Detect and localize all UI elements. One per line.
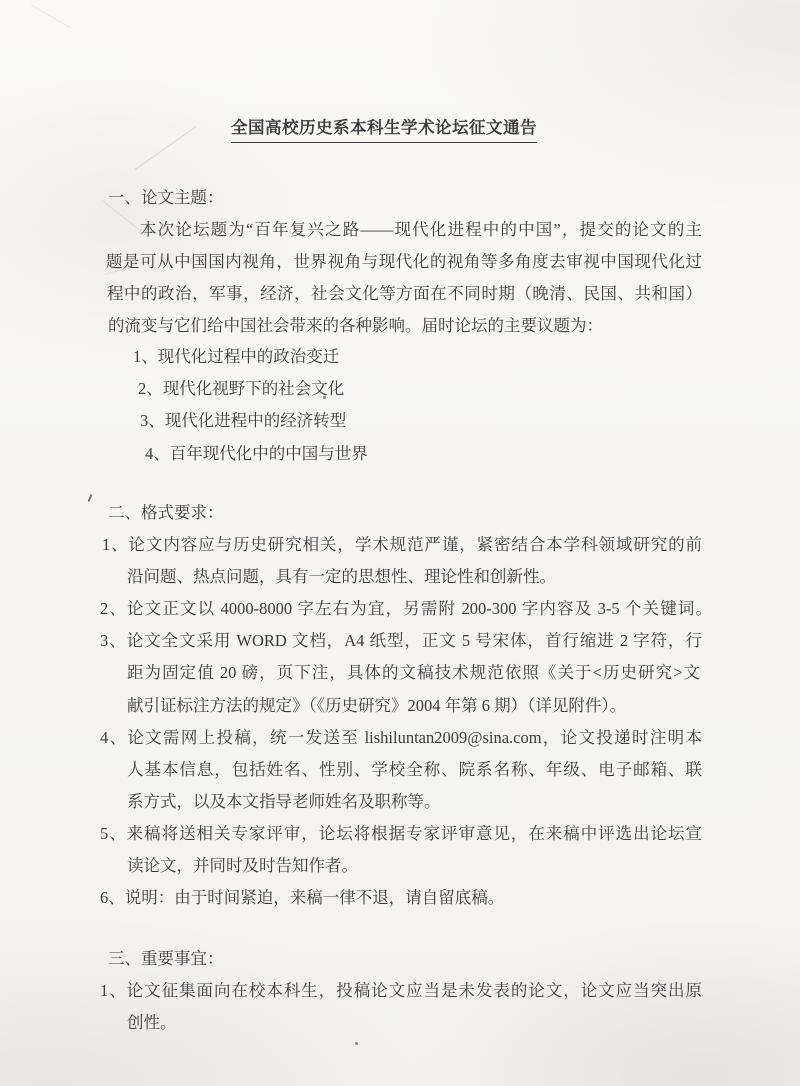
topic-list-item: 4、百年现代化中的中国与世界 <box>145 443 368 465</box>
paper-crease <box>134 127 195 170</box>
scanned-document-page: 全国高校历史系本科生学术论坛征文通告 一、论文主题： 本次论坛题为“百年复兴之路… <box>0 0 800 1086</box>
paragraph-line: 本次论坛题为“百年复兴之路——现代化进程中的中国”，提交的论文的主 <box>140 219 702 241</box>
pen-tick-mark <box>88 494 93 502</box>
paragraph-line: 程中的政治，军事，经济，社会文化等方面在不同时期（晚清、民国、共和国） <box>107 283 702 305</box>
numbered-item-line: 1、论文征集面向在校本科生，投稿论文应当是未发表的论文，论文应当突出原 <box>100 980 702 1002</box>
section-1-heading: 一、论文主题： <box>108 187 224 209</box>
paper-crease <box>31 5 71 29</box>
numbered-item-line: 1、论文内容应与历史研究相关，学术规范严谨，紧密结合本学科领域研究的前 <box>102 534 702 556</box>
paragraph-line: 题是可从中国国内视角，世界视角与现代化的视角等多角度去审视中国现代化过 <box>106 251 702 273</box>
numbered-item-line email-line: 4、论文需网上投稿，统一发送至 lishiluntan2009@sina.com… <box>100 727 702 749</box>
numbered-item-line: 6、说明：由于时间紧迫，来稿一律不退，请自留底稿。 <box>100 887 504 909</box>
topic-list-item: 1、现代化过程中的政治变迁 <box>133 346 339 368</box>
numbered-item-line: 系方式，以及本文指导老师姓名及职称等。 <box>127 791 441 813</box>
numbered-item-line: 献引证标注方法的规定》（《历史研究》2004 年第 6 期）（详见附件）。 <box>127 695 626 717</box>
numbered-item-line: 创性。 <box>127 1012 177 1034</box>
scan-speck <box>355 1042 358 1045</box>
numbered-item-line: 2、论文正文以 4000-8000 字左右为宜，另需附 200-300 字内容及… <box>100 598 712 620</box>
section-2-heading: 二、格式要求： <box>108 502 224 524</box>
numbered-item-line: 5、来稿将送相关专家评审，论坛将根据专家评审意见，在来稿中评选出论坛宣 <box>100 823 702 845</box>
numbered-item-line: 人基本信息，包括姓名、性别、学校全称、院系名称、年级、电子邮箱、联 <box>127 759 702 781</box>
numbered-item-line: 3、论文全文采用 WORD 文档，A4 纸型，正文 5 号宋体，首行缩进 2 字… <box>100 630 702 652</box>
topic-list-item: 3、现代化进程中的经济转型 <box>140 410 346 432</box>
topic-list-item: 2、现代化视野下的社会文化 <box>138 378 344 400</box>
paragraph-line: 的流变与它们给中国社会带来的各种影响。届时论坛的主要议题为： <box>108 315 603 337</box>
numbered-item-line: 沿问题、热点问题，具有一定的思想性、理论性和创新性。 <box>127 566 556 588</box>
numbered-item-line: 读论文，并同时及时告知作者。 <box>127 855 358 877</box>
numbered-item-line: 距为固定值 20 磅，页下注，具体的文稿技术规范依照《关于<历史研究>文 <box>127 662 700 684</box>
document-title: 全国高校历史系本科生学术论坛征文通告 <box>231 117 537 143</box>
section-3-heading: 三、重要事宜： <box>108 948 224 970</box>
